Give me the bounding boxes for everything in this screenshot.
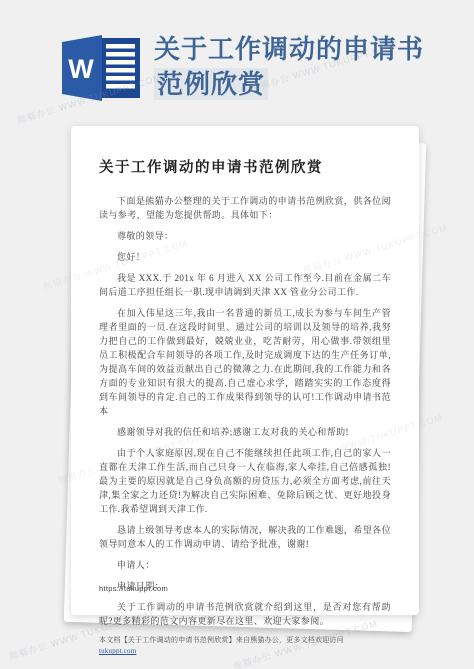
- document-paragraph-body: 由于个人家庭原因,现在自己不能继续担任此项工作,自己的家人一直都在天津工作生活,…: [99, 446, 391, 516]
- document-paragraph-salutation: 尊敬的领导：: [99, 229, 391, 243]
- document-paragraph-body: 恳请上级领导考虑本人的实际情况，解决我的工作难题，希望各位领导同意本人的工作调动…: [99, 523, 391, 551]
- word-icon-letter: W: [68, 54, 94, 84]
- document-paragraph-greeting: 您好！: [99, 250, 391, 264]
- document-paragraph-intro: 下面是熊猫办公整理的关于工作调动的申请书范例欣赏，供各位阅读与参考，望能为您提供…: [99, 194, 391, 222]
- document-heading: 关于工作调动的申请书范例欣赏: [99, 156, 391, 177]
- page-title-line2: 范例欣赏: [154, 67, 424, 102]
- document-url: https://tukuppt.com: [99, 584, 168, 593]
- page-title: 关于工作调动的申请书 范例欣赏: [154, 30, 424, 103]
- document-paragraph-body: 我是 XXX.于 201x 年 6 月进入 XX 公司工作至今.目前在金属二车间…: [99, 271, 391, 299]
- page-title-line1: 关于工作调动的申请书: [154, 32, 424, 67]
- header: W 关于工作调动的申请书 范例欣赏: [58, 30, 438, 103]
- document-paragraph-applicant: 申请人：: [99, 558, 391, 572]
- footnote-link[interactable]: tukuppt.com: [99, 647, 136, 655]
- footnote-text: 本文档【关于工作调动的申请书范例欣赏】来自熊猫办公，更多文档欢迎访问: [99, 636, 344, 644]
- word-file-icon: W: [58, 33, 144, 103]
- document-footnote: 本文档【关于工作调动的申请书范例欣赏】来自熊猫办公，更多文档欢迎访问 tukup…: [99, 635, 391, 657]
- document-paragraph-closing: 关于工作调动的申请书范例欣赏就介绍到这里，是否对您有帮助呢?更多精彩的范文内容更…: [99, 600, 391, 628]
- document-paragraph-body: 感谢领导对我的信任和培养;感谢工友对我的关心和帮助!: [99, 425, 391, 439]
- page-background: 熊猫办公 WWW.TUKUPPT.COM 熊猫办公 WWW.TUKUPPT.CO…: [0, 0, 474, 669]
- document-page: 关于工作调动的申请书范例欣赏 下面是熊猫办公整理的关于工作调动的申请书范例欣赏，…: [71, 126, 419, 615]
- title-highlight: 范例欣赏: [154, 68, 268, 100]
- document-paragraph-body: 在加入伟星这三年,我由一名普通的新员工,成长为参与车间生产管理者里面的一员.在这…: [99, 306, 391, 418]
